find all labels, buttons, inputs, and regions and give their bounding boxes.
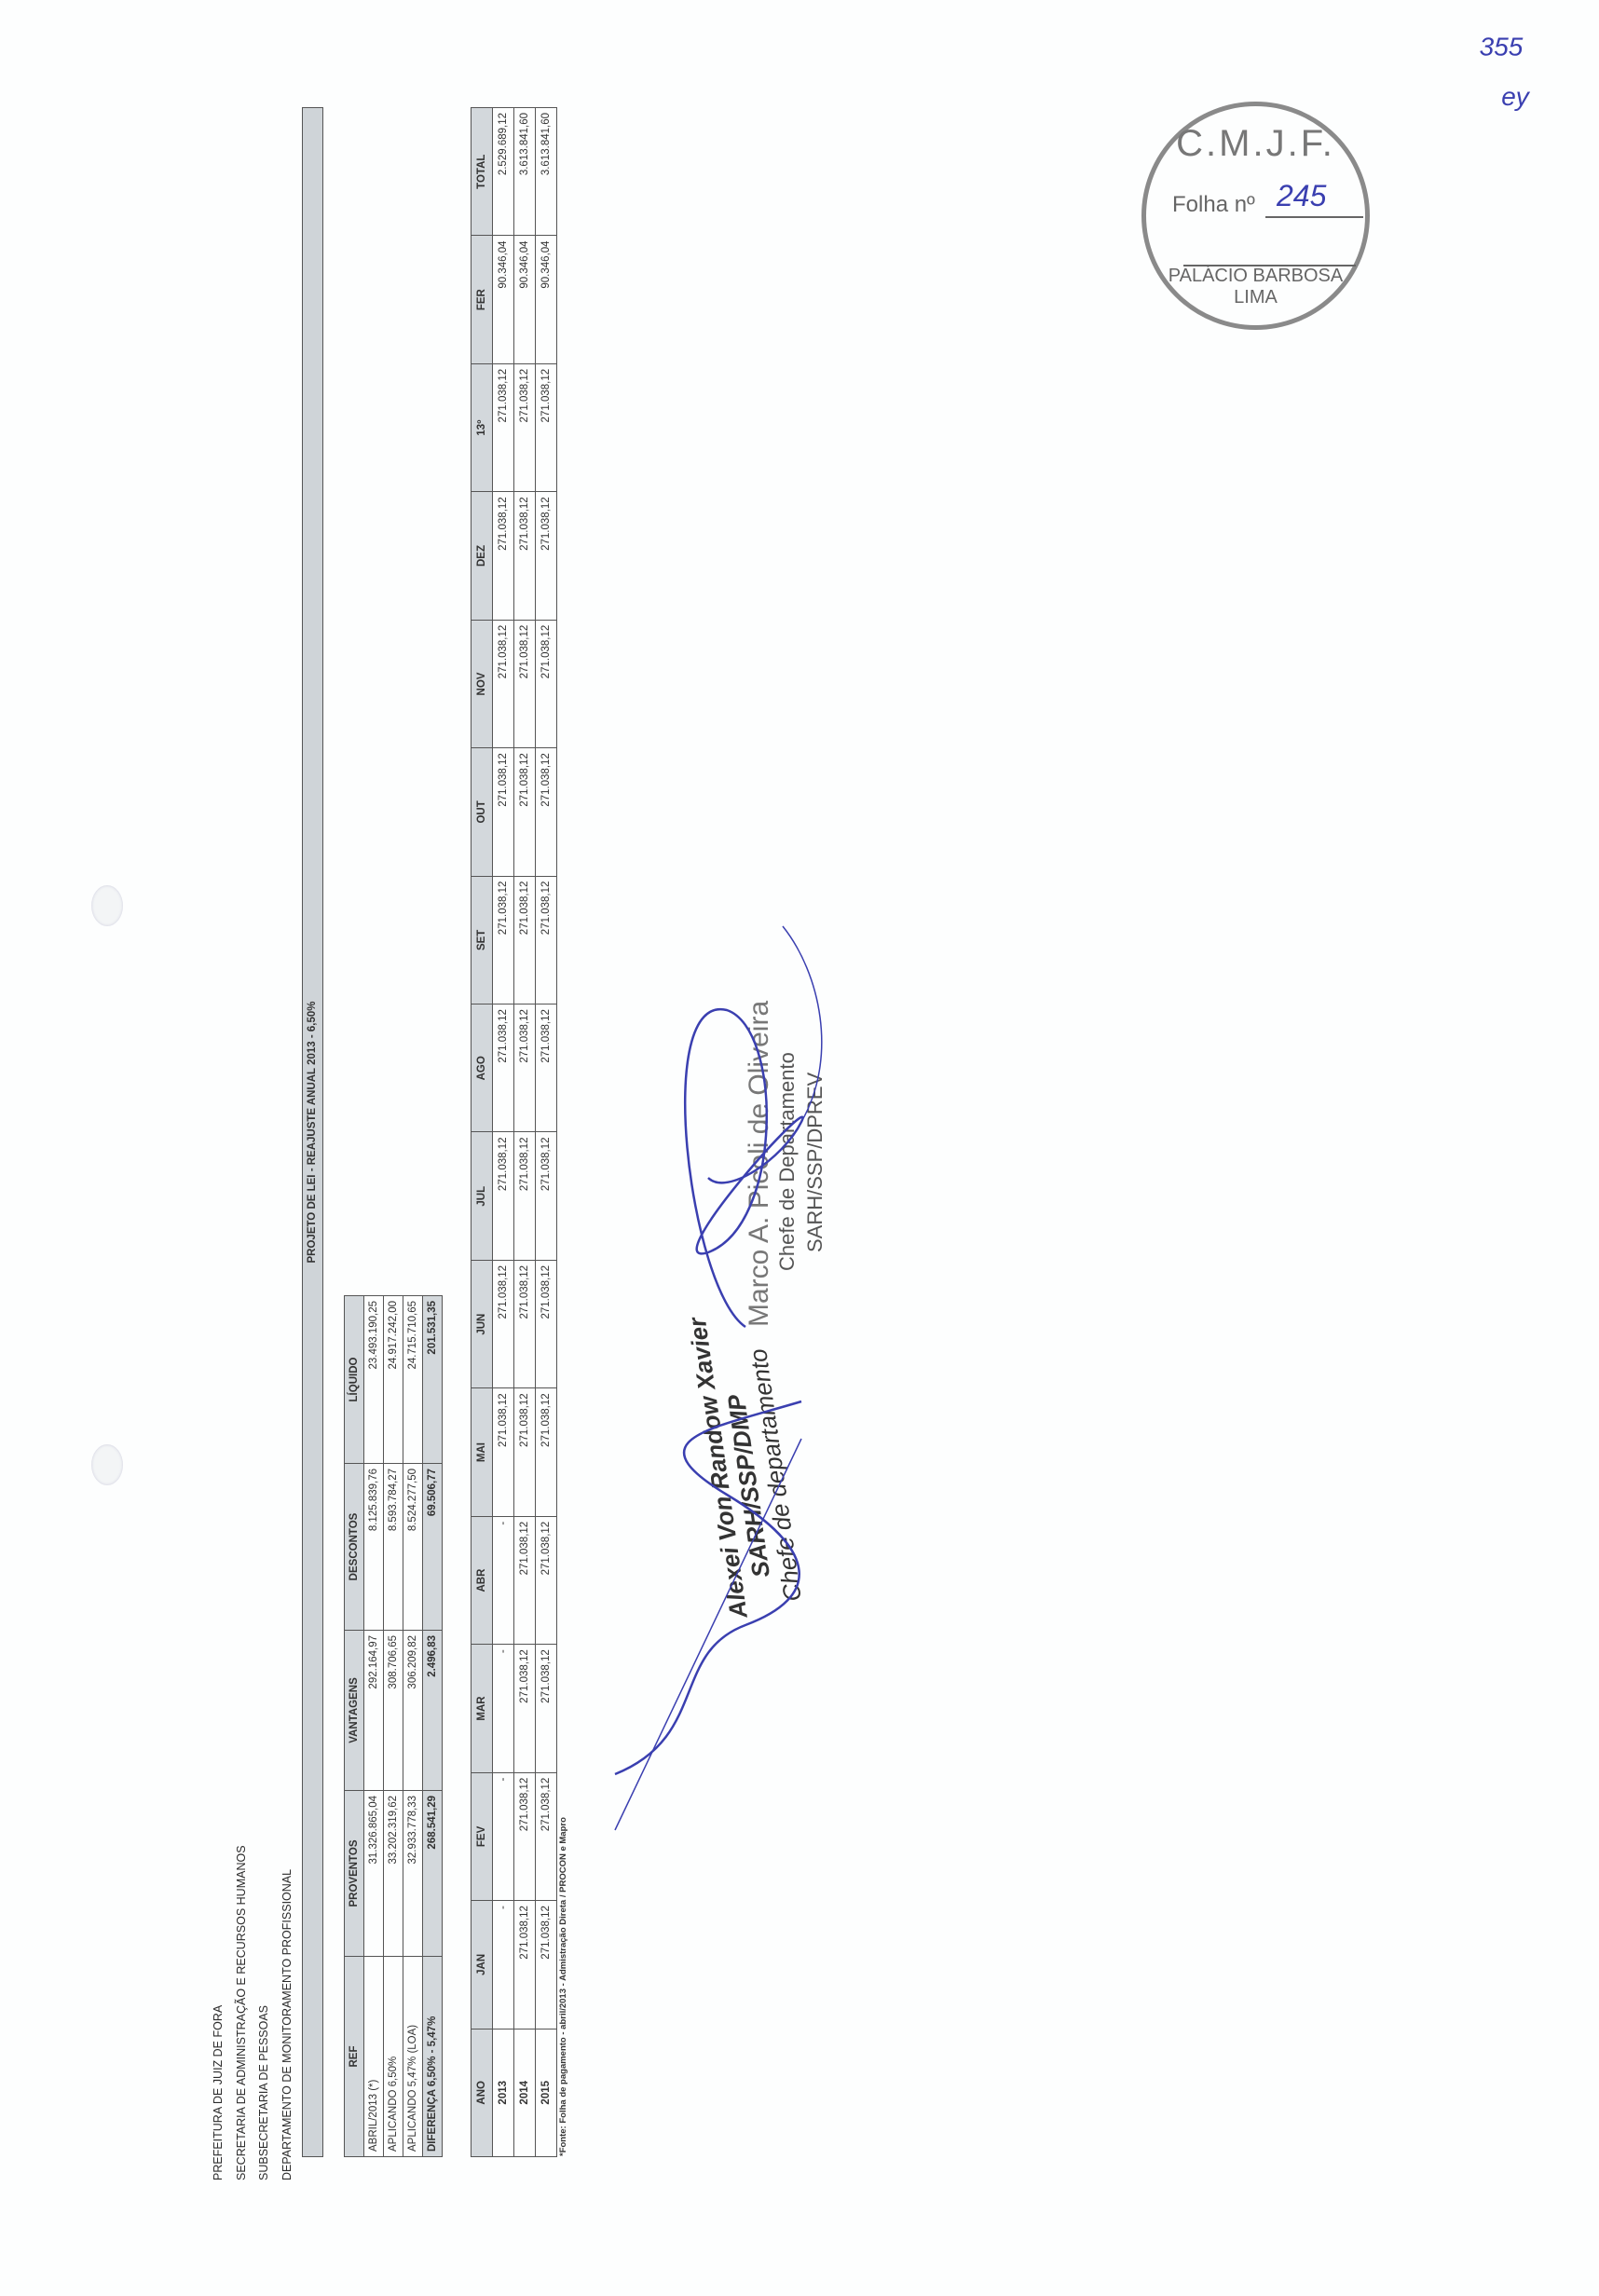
handwritten-page-number: 355: [1480, 33, 1524, 62]
col-month: 13º: [471, 363, 493, 491]
col-ano: ANO: [471, 2029, 493, 2156]
monthly-table: ANOJANFEVMARABRMAIJUNJULAGOSETOUTNOVDEZ1…: [471, 107, 557, 2157]
year-cell: 2015: [536, 2029, 557, 2156]
cell-value: 271.038,12: [514, 1004, 536, 1132]
signature-block-1: Alexei Von Randow Xavier SARH/SSP/DMP Ch…: [683, 1308, 808, 1620]
cell-value: 3.613.841,60: [536, 108, 557, 236]
cell-value: 24.917.242,00: [384, 1296, 403, 1464]
handwritten-initials: ey: [1501, 82, 1529, 112]
stamp-bottom-text: PALÁCIO BARBOSA LIMA: [1146, 266, 1365, 308]
document-page: PREFEITURA DE JUIZ DE FORA SECRETARIA DE…: [0, 0, 1599, 2296]
cell-value: 271.038,12: [493, 1004, 514, 1132]
cell-value: 2.496,83: [423, 1631, 443, 1791]
cell-value: 271.038,12: [493, 363, 514, 491]
cell-value: 271.038,12: [514, 876, 536, 1004]
col-month: AGO: [471, 1004, 493, 1132]
cell-value: 271.038,12: [493, 1388, 514, 1516]
cell-value: 8.593.784,27: [384, 1464, 403, 1631]
cell-value: 271.038,12: [536, 1260, 557, 1387]
cell-value: 271.038,12: [493, 620, 514, 747]
cell-value: -: [493, 1772, 514, 1900]
stamp-folha-number: 245: [1277, 179, 1326, 213]
cell-value: 90.346,04: [514, 236, 536, 363]
summary-total-row: DIFERENÇA 6,50% - 5,47%268.541,292.496,8…: [423, 1296, 443, 2157]
row-label: APLICANDO 5,47% (LOA): [403, 1957, 423, 2157]
signature-2-name: Marco A. Picoli de Oliveira: [745, 1001, 773, 1327]
cell-value: 271.038,12: [536, 1645, 557, 1772]
cell-value: 201.531,35: [423, 1296, 443, 1464]
cell-value: 23.493.190,25: [364, 1296, 384, 1464]
col-month: SET: [471, 876, 493, 1004]
stamp-folha-label: Folha nº: [1172, 192, 1255, 218]
cell-value: 271.038,12: [514, 1132, 536, 1260]
stamp-top-text: C.M.J.F.: [1146, 123, 1365, 165]
cell-value: -: [493, 1645, 514, 1772]
letterhead-line-4: DEPARTAMENTO DE MONITORAMENTO PROFISSION…: [276, 1845, 299, 2180]
cell-value: 271.038,12: [536, 620, 557, 747]
col-month: OUT: [471, 748, 493, 876]
summary-table: REF PROVENTOS VANTAGENS DESCONTOS LÍQUID…: [344, 1295, 443, 2157]
letterhead-line-2: SECRETARIA DE ADMINISTRAÇÃO E RECURSOS H…: [230, 1845, 253, 2180]
source-footnote: *Fonte: Folha de pagamento - abril/2013 …: [558, 1817, 568, 2156]
cell-value: 271.038,12: [536, 1388, 557, 1516]
cell-value: -: [493, 1901, 514, 2029]
cell-value: 24.715.710,65: [403, 1296, 423, 1464]
cell-value: 271.038,12: [536, 1772, 557, 1900]
signature-block-2: Marco A. Picoli de Oliveira Chefe de Dep…: [745, 1001, 829, 1327]
cell-value: 271.038,12: [536, 876, 557, 1004]
col-month: JUL: [471, 1132, 493, 1260]
cell-value: -: [493, 1516, 514, 1644]
letterhead-line-1: PREFEITURA DE JUIZ DE FORA: [207, 1845, 230, 2180]
cell-value: 271.038,12: [514, 492, 536, 620]
cell-value: 271.038,12: [514, 748, 536, 876]
signature-2-dept: SARH/SSP/DPREV: [801, 1001, 829, 1327]
cell-value: 31.326.865,04: [364, 1791, 384, 1957]
col-month: MAI: [471, 1388, 493, 1516]
cell-value: 271.038,12: [536, 1901, 557, 2029]
cell-value: 271.038,12: [493, 1260, 514, 1387]
punch-hole: [91, 885, 123, 926]
col-month: FER: [471, 236, 493, 363]
col-ref: REF: [345, 1957, 364, 2157]
col-descontos: DESCONTOS: [345, 1464, 364, 1631]
col-month: MAR: [471, 1645, 493, 1772]
row-label: APLICANDO 6,50%: [384, 1957, 403, 2157]
monthly-row: 2015271.038,12271.038,12271.038,12271.03…: [536, 108, 557, 2157]
cell-value: 271.038,12: [536, 492, 557, 620]
cell-value: 271.038,12: [514, 363, 536, 491]
monthly-row: 2014271.038,12271.038,12271.038,12271.03…: [514, 108, 536, 2157]
cell-value: 271.038,12: [493, 748, 514, 876]
letterhead-line-3: SUBSECRETARIA DE PESSOAS: [253, 1845, 276, 2180]
official-stamp: C.M.J.F. Folha nº 245 PALÁCIO BARBOSA LI…: [1141, 102, 1370, 330]
summary-row: APLICANDO 6,50%33.202.319,62308.706,658.…: [384, 1296, 403, 2157]
cell-value: 8.524.277,50: [403, 1464, 423, 1631]
cell-value: 268.541,29: [423, 1791, 443, 1957]
cell-value: 271.038,12: [514, 1772, 536, 1900]
cell-value: 271.038,12: [514, 1516, 536, 1644]
cell-value: 292.164,97: [364, 1631, 384, 1791]
year-cell: 2013: [493, 2029, 514, 2156]
cell-value: 271.038,12: [536, 1516, 557, 1644]
monthly-header-row: ANOJANFEVMARABRMAIJUNJULAGOSETOUTNOVDEZ1…: [471, 108, 493, 2157]
col-liquido: LÍQUIDO: [345, 1296, 364, 1464]
cell-value: 3.613.841,60: [514, 108, 536, 236]
cell-value: 8.125.839,76: [364, 1464, 384, 1631]
cell-value: 306.209,82: [403, 1631, 423, 1791]
col-month: ABR: [471, 1516, 493, 1644]
summary-row: APLICANDO 5,47% (LOA)32.933.778,33306.20…: [403, 1296, 423, 2157]
cell-value: 2.529.689,12: [493, 108, 514, 236]
cell-value: 271.038,12: [536, 1004, 557, 1132]
col-month: TOTAL: [471, 108, 493, 236]
col-month: JAN: [471, 1901, 493, 2029]
cell-value: 271.038,12: [536, 1132, 557, 1260]
cell-value: 271.038,12: [514, 1260, 536, 1387]
cell-value: 33.202.319,62: [384, 1791, 403, 1957]
row-label: DIFERENÇA 6,50% - 5,47%: [423, 1957, 443, 2157]
col-month: FEV: [471, 1772, 493, 1900]
letterhead: PREFEITURA DE JUIZ DE FORA SECRETARIA DE…: [207, 1845, 298, 2180]
cell-value: 69.506,77: [423, 1464, 443, 1631]
summary-row: ABRIL/2013 (*)31.326.865,04292.164,978.1…: [364, 1296, 384, 2157]
punch-hole: [91, 1444, 123, 1485]
summary-header-row: REF PROVENTOS VANTAGENS DESCONTOS LÍQUID…: [345, 1296, 364, 2157]
cell-value: 271.038,12: [493, 876, 514, 1004]
col-proventos: PROVENTOS: [345, 1791, 364, 1957]
cell-value: 308.706,65: [384, 1631, 403, 1791]
row-label: ABRIL/2013 (*): [364, 1957, 384, 2157]
cell-value: 271.038,12: [536, 363, 557, 491]
cell-value: 90.346,04: [536, 236, 557, 363]
cell-value: 271.038,12: [514, 1388, 536, 1516]
cell-value: 271.038,12: [536, 748, 557, 876]
cell-value: 271.038,12: [493, 492, 514, 620]
cell-value: 271.038,12: [514, 1901, 536, 2029]
col-vantagens: VANTAGENS: [345, 1631, 364, 1791]
col-month: JUN: [471, 1260, 493, 1387]
cell-value: 90.346,04: [493, 236, 514, 363]
cell-value: 271.038,12: [514, 620, 536, 747]
year-cell: 2014: [514, 2029, 536, 2156]
signature-2-role: Chefe de Departamento: [773, 1001, 801, 1327]
cell-value: 271.038,12: [493, 1132, 514, 1260]
cell-value: 32.933.778,33: [403, 1791, 423, 1957]
monthly-row: 2013----271.038,12271.038,12271.038,1227…: [493, 108, 514, 2157]
stamp-line: [1265, 216, 1363, 218]
document-title: PROJETO DE LEI - REAJUSTE ANUAL 2013 - 6…: [302, 107, 323, 2157]
col-month: DEZ: [471, 492, 493, 620]
cell-value: 271.038,12: [514, 1645, 536, 1772]
col-month: NOV: [471, 620, 493, 747]
